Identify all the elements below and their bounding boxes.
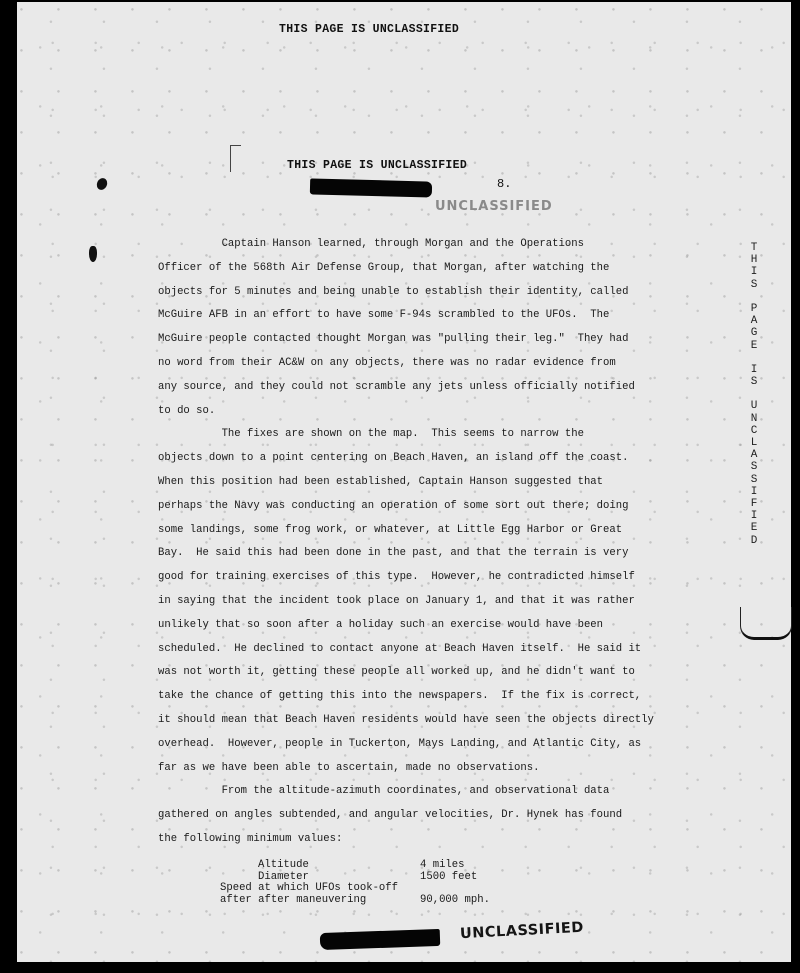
stamp-letter: S: [744, 376, 764, 388]
text-line: objects for 5 minutes and being unable t…: [158, 281, 628, 305]
text-line: From the altitude-azimuth coordinates, a…: [158, 780, 628, 804]
value-amount: 1500 feet: [420, 872, 477, 884]
stamp-letter: P: [744, 303, 764, 315]
classification-header-top: THIS PAGE IS UNCLASSIFIED: [279, 23, 459, 36]
faint-unclassified-stamp: UNCLASSIFIED: [435, 199, 553, 214]
text-line: take the chance of getting this into the…: [158, 685, 628, 709]
stamp-letter: I: [744, 364, 764, 376]
text-line: it should mean that Beach Haven resident…: [158, 709, 628, 733]
corner-mark: [230, 145, 241, 172]
stamp-letter: I: [744, 486, 764, 498]
text-line: gathered on angles subtended, and angula…: [158, 804, 628, 828]
stamp-letter: D: [744, 535, 764, 547]
text-line: Captain Hanson learned, through Morgan a…: [158, 233, 628, 257]
text-line: McGuire AFB in an effort to have some F-…: [158, 304, 628, 328]
text-line: in saying that the incident took place o…: [158, 590, 628, 614]
text-line: unlikely that so soon after a holiday su…: [158, 614, 628, 638]
stamp-letter: [744, 388, 764, 400]
ink-blot: [89, 246, 97, 262]
stamp-letter: [744, 352, 764, 364]
text-line: some landings, some frog work, or whatev…: [158, 519, 628, 543]
stamp-letter: F: [744, 498, 764, 510]
value-amount: 90,000 mph.: [420, 895, 490, 907]
body-text: Captain Hanson learned, through Morgan a…: [158, 233, 628, 852]
text-line: Bay. He said this had been done in the p…: [158, 542, 628, 566]
document-page: THIS PAGE IS UNCLASSIFIED THIS PAGE IS U…: [17, 2, 791, 962]
text-line: Officer of the 568th Air Defense Group, …: [158, 257, 628, 281]
stamp-letter: H: [744, 254, 764, 266]
stamp-letter: [744, 291, 764, 303]
text-line: When this position had been established,…: [158, 471, 628, 495]
stamp-letter: E: [744, 340, 764, 352]
text-line: any source, and they could not scramble …: [158, 376, 628, 400]
text-line: far as we have been able to ascertain, m…: [158, 757, 628, 781]
stamp-letter: S: [744, 461, 764, 473]
stamp-letter: C: [744, 425, 764, 437]
stamp-letter: A: [744, 449, 764, 461]
stamp-letter: E: [744, 522, 764, 534]
unclassified-stamp-bottom: UNCLASSIFIED: [460, 920, 585, 942]
ink-blot: [95, 176, 109, 191]
text-line: good for training exercises of this type…: [158, 566, 628, 590]
text-line: McGuire people contacted thought Morgan …: [158, 328, 628, 352]
value-label: Speed at which UFOs took-off: [220, 883, 398, 895]
redaction-bar: [310, 178, 432, 197]
text-line: perhaps the Navy was conducting an opera…: [158, 495, 628, 519]
value-label: after after maneuvering: [220, 895, 366, 907]
value-label: Altitude: [258, 860, 309, 872]
text-line: The fixes are shown on the map. This see…: [158, 423, 628, 447]
text-line: no word from their AC&W on any objects, …: [158, 352, 628, 376]
page-number: 8.: [497, 177, 511, 191]
text-line: was not worth it, getting these people a…: [158, 661, 628, 685]
stamp-letter: U: [744, 400, 764, 412]
stamp-letter: A: [744, 315, 764, 327]
stamp-letter: G: [744, 327, 764, 339]
stamp-letter: T: [744, 242, 764, 254]
margin-bracket: [740, 607, 792, 640]
stamp-letter: L: [744, 437, 764, 449]
text-line: the following minimum values:: [158, 828, 628, 852]
vertical-unclassified-stamp: THISPAGEISUNCLASSIFIED: [744, 242, 764, 547]
redaction-bar-bottom: [320, 929, 441, 950]
value-amount: 4 miles: [420, 860, 465, 872]
stamp-letter: I: [744, 510, 764, 522]
stamp-letter: I: [744, 266, 764, 278]
classification-header: THIS PAGE IS UNCLASSIFIED: [287, 159, 467, 172]
stamp-letter: N: [744, 413, 764, 425]
text-line: overhead. However, people in Tuckerton, …: [158, 733, 628, 757]
stamp-letter: S: [744, 474, 764, 486]
stamp-letter: S: [744, 279, 764, 291]
text-line: scheduled. He declined to contact anyone…: [158, 638, 628, 662]
text-line: objects down to a point centering on Bea…: [158, 447, 628, 471]
text-line: to do so.: [158, 400, 628, 424]
